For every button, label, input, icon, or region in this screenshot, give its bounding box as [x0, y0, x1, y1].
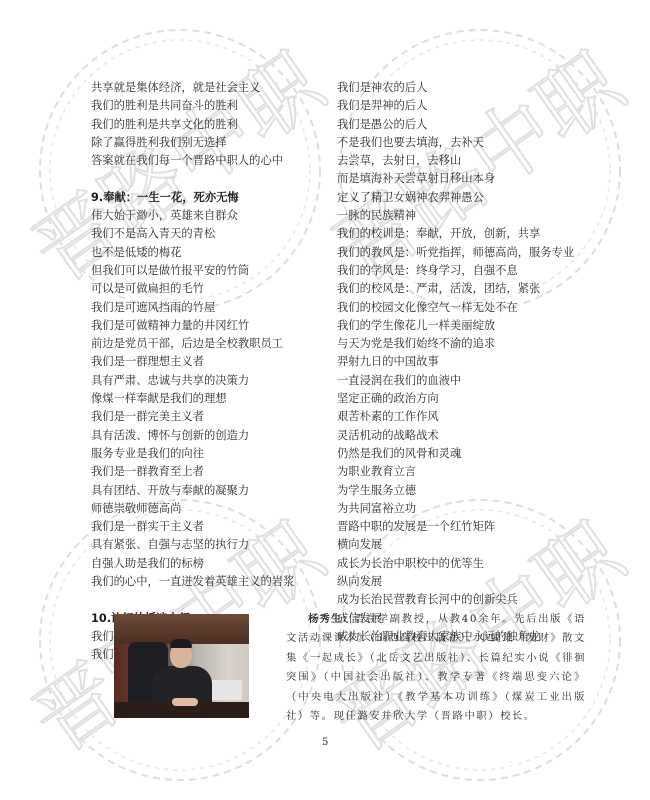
poem-line: 横向发展: [337, 536, 574, 554]
poem-line: 我们是神农的后人: [337, 79, 574, 97]
poem-line: 伟大始于渺小，英雄来自群众: [91, 207, 294, 225]
poem-line: 我们的教风是：听党指挥，师德高尚，服务专业: [337, 244, 574, 262]
author-name: 杨秀生：: [308, 613, 354, 625]
right-column: 我们是神农的后人 我们是羿神的后人 我们是愚公的后人 不是我们也要去填海，去补天…: [337, 79, 574, 646]
poem-line: 纵向发展: [337, 573, 574, 591]
poem-line: 我们是可做精神力量的井冈红竹: [91, 317, 294, 335]
poem-line: 前边是党员干部，后边是全校教职员工: [91, 335, 294, 353]
papers-shape: [212, 680, 242, 700]
poem-line: 具有活泼、博怀与创新的创造力: [91, 427, 294, 445]
poem-line: 我们的学生像花儿一样美丽绽放: [337, 317, 574, 335]
poem-line: 可以是可做扁担的毛竹: [91, 280, 294, 298]
poem-line: 我们的心中，一直迸发着英雄主义的岩浆: [91, 573, 294, 591]
poem-line: 我们的学风是：终身学习，自强不息: [337, 262, 574, 280]
poem-line: 灵活机动的战略战术: [337, 427, 574, 445]
poem-line: 我们是一群完美主义者: [91, 408, 294, 426]
poem-line: 师德崇敬师德高尚: [91, 500, 294, 518]
poem-line: 我们是一群教育至上者: [91, 463, 294, 481]
poem-line: 艰苦朴素的工作作风: [337, 408, 574, 426]
poem-line: 我们是一群实干主义者: [91, 518, 294, 536]
author-bio: 杨秀生：语言学副教授，从教40余年。先后出版《语文活动课课本》（山西高校出版社）…: [286, 610, 586, 726]
poem-line: 具有团结、开放与奉献的凝聚力: [91, 482, 294, 500]
author-photo: [114, 614, 249, 718]
poem-line: 具有严肃、忠诚与共享的决策力: [91, 372, 294, 390]
poem-line: 共享就是集体经济，就是社会主义: [91, 79, 294, 97]
left-column: 共享就是集体经济，就是社会主义 我们的胜利是共同奋斗的胜利 我们的胜利是共享文化…: [91, 79, 294, 665]
poem-line: 答案就在我们每一个晋路中职人的心中: [91, 152, 294, 170]
poem-line: 与天为党是我们始终不渝的追求: [337, 335, 574, 353]
person-hands-shape: [172, 698, 198, 706]
poem-line: 羿射九日的中国故事: [337, 353, 574, 371]
poem-line: 我们是羿神的后人: [337, 97, 574, 115]
poem-line: 我们不是高入青天的青松: [91, 225, 294, 243]
poem-line: 像煤一样奉献是我们的理想: [91, 390, 294, 408]
spacer: [91, 170, 294, 188]
poem-line: 我们是可遮风挡雨的竹屋: [91, 299, 294, 317]
poem-line: 我们的校训是：奉献，开放，创新，共享: [337, 225, 574, 243]
poem-line: 我们的胜利是共享文化的胜利: [91, 116, 294, 134]
person-hair-shape: [170, 639, 192, 648]
poem-line: 除了赢得胜利我们别无选择: [91, 134, 294, 152]
poem-line: 为学生服务立德: [337, 482, 574, 500]
poem-line: 晋路中职的发展是一个红竹矩阵: [337, 518, 574, 536]
poem-line: 仍然是我们的风骨和灵魂: [337, 445, 574, 463]
poem-line: 我们是一群理想主义者: [91, 353, 294, 371]
page-number: 5: [322, 737, 328, 748]
poem-line: 具有紧张、自强与志坚的执行力: [91, 536, 294, 554]
spacer: [91, 591, 294, 609]
poem-line: 定义了精卫女娲神农羿神愚公: [337, 189, 574, 207]
poem-line: 坚定正确的政治方向: [337, 390, 574, 408]
poem-line: 也不是低矮的梅花: [91, 244, 294, 262]
poem-line: 为职业教育立言: [337, 463, 574, 481]
poem-line: 为共同富裕立功: [337, 500, 574, 518]
poem-line: 我们的校风是：严肃，活泼，团结，紧张: [337, 280, 574, 298]
section-heading-9: 9.奉献：一生一花，死亦无悔: [91, 189, 294, 207]
poem-line: 我们的胜利是共同奋斗的胜利: [91, 97, 294, 115]
poem-line: 去尝草，去射日，去移山: [337, 152, 574, 170]
poem-line: 而是填海补天尝草射日移山本身: [337, 170, 574, 188]
poem-line: 一脉的民族精神: [337, 207, 574, 225]
poem-line: 成长为长治中职校中的优等生: [337, 555, 574, 573]
poem-line: 不是我们也要去填海，去补天: [337, 134, 574, 152]
author-bio-text: 语言学副教授，从教40余年。先后出版《语文活动课课本》（山西高校出版社）、小说集…: [286, 613, 586, 722]
poem-line: 服务专业是我们的向往: [91, 445, 294, 463]
poem-line: 成为长治民营教育长河中的创新尖兵: [337, 591, 574, 609]
poem-line: 但我们可以是做竹报平安的竹筒: [91, 262, 294, 280]
poem-line: 我们是愚公的后人: [337, 116, 574, 134]
poem-line: 我们的校园文化像空气一样无处不在: [337, 299, 574, 317]
poem-line: 自强人助是我们的标榜: [91, 555, 294, 573]
poem-line: 一直浸润在我们的血液中: [337, 372, 574, 390]
